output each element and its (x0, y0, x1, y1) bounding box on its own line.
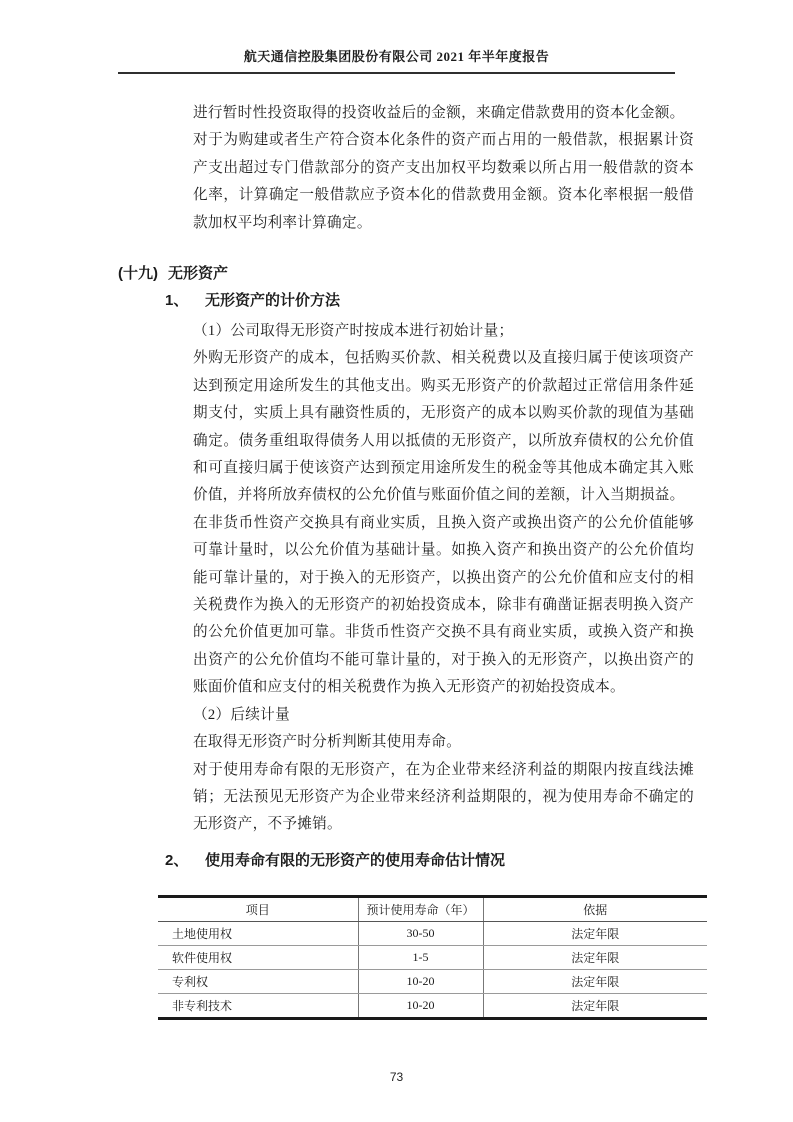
subsection-number: 1、 (165, 291, 205, 310)
paragraph: 在取得无形资产时分析判断其使用寿命。 (193, 729, 694, 756)
table-row: 非专利技术 10-20 法定年限 (158, 994, 707, 1019)
cell-life: 10-20 (358, 994, 483, 1019)
table-row: 专利权 10-20 法定年限 (158, 970, 707, 994)
page-number: 73 (0, 1070, 793, 1084)
table-header-item: 项目 (158, 897, 358, 922)
cell-item: 非专利技术 (158, 994, 358, 1019)
cell-item: 专利权 (158, 970, 358, 994)
paragraph: 在非货币性资产交换具有商业实质，且换入资产或换出资产的公允价值能够可靠计量时，以… (193, 510, 694, 702)
paragraph: （2）后续计量 (193, 702, 694, 729)
section-number: (十九) (118, 264, 158, 283)
cell-basis: 法定年限 (483, 946, 707, 970)
table-header-expected-life: 预计使用寿命（年） (358, 897, 483, 922)
cell-life: 30-50 (358, 922, 483, 946)
report-page: 航天通信控股集团股份有限公司 2021 年半年度报告 进行暂时性投资取得的投资收… (0, 0, 793, 1122)
useful-life-table-container: 项目 预计使用寿命（年） 依据 土地使用权 30-50 法定年限 软件使用权 1… (158, 895, 707, 1020)
page-header-title: 航天通信控股集团股份有限公司 2021 年半年度报告 (118, 46, 675, 65)
cell-item: 软件使用权 (158, 946, 358, 970)
cell-basis: 法定年限 (483, 994, 707, 1019)
table-header-row: 项目 预计使用寿命（年） 依据 (158, 897, 707, 922)
cell-basis: 法定年限 (483, 922, 707, 946)
paragraph: 对于为购建或者生产符合资本化条件的资产而占用的一般借款，根据累计资产支出超过专门… (193, 127, 694, 237)
paragraph: 进行暂时性投资取得的投资收益后的金额，来确定借款费用的资本化金额。 (193, 100, 694, 127)
cell-life: 10-20 (358, 970, 483, 994)
table-row: 土地使用权 30-50 法定年限 (158, 922, 707, 946)
header-divider (118, 72, 675, 74)
paragraph: 外购无形资产的成本，包括购买价款、相关税费以及直接归属于使该项资产达到预定用途所… (193, 345, 694, 509)
subsection-heading-useful-life-estimate: 2、 使用寿命有限的无形资产的使用寿命估计情况 (165, 851, 505, 870)
paragraph: 对于使用寿命有限的无形资产，在为企业带来经济利益的期限内按直线法摊销；无法预见无… (193, 757, 694, 839)
valuation-method-paragraph-block: （1）公司取得无形资产时按成本进行初始计量； 外购无形资产的成本，包括购买价款、… (193, 318, 694, 839)
subsection-heading-valuation-method: 1、 无形资产的计价方法 (165, 291, 340, 310)
subsection-number: 2、 (165, 851, 205, 870)
intro-paragraph-block: 进行暂时性投资取得的投资收益后的金额，来确定借款费用的资本化金额。 对于为购建或… (193, 100, 694, 237)
subsection-title: 无形资产的计价方法 (205, 291, 340, 310)
section-heading-intangible-assets: (十九) 无形资产 (118, 264, 228, 283)
useful-life-table: 项目 预计使用寿命（年） 依据 土地使用权 30-50 法定年限 软件使用权 1… (158, 895, 707, 1020)
cell-item: 土地使用权 (158, 922, 358, 946)
table-header-basis: 依据 (483, 897, 707, 922)
section-title: 无形资产 (168, 264, 228, 283)
paragraph: （1）公司取得无形资产时按成本进行初始计量； (193, 318, 694, 345)
table-row: 软件使用权 1-5 法定年限 (158, 946, 707, 970)
cell-life: 1-5 (358, 946, 483, 970)
subsection-title: 使用寿命有限的无形资产的使用寿命估计情况 (205, 851, 505, 870)
cell-basis: 法定年限 (483, 970, 707, 994)
